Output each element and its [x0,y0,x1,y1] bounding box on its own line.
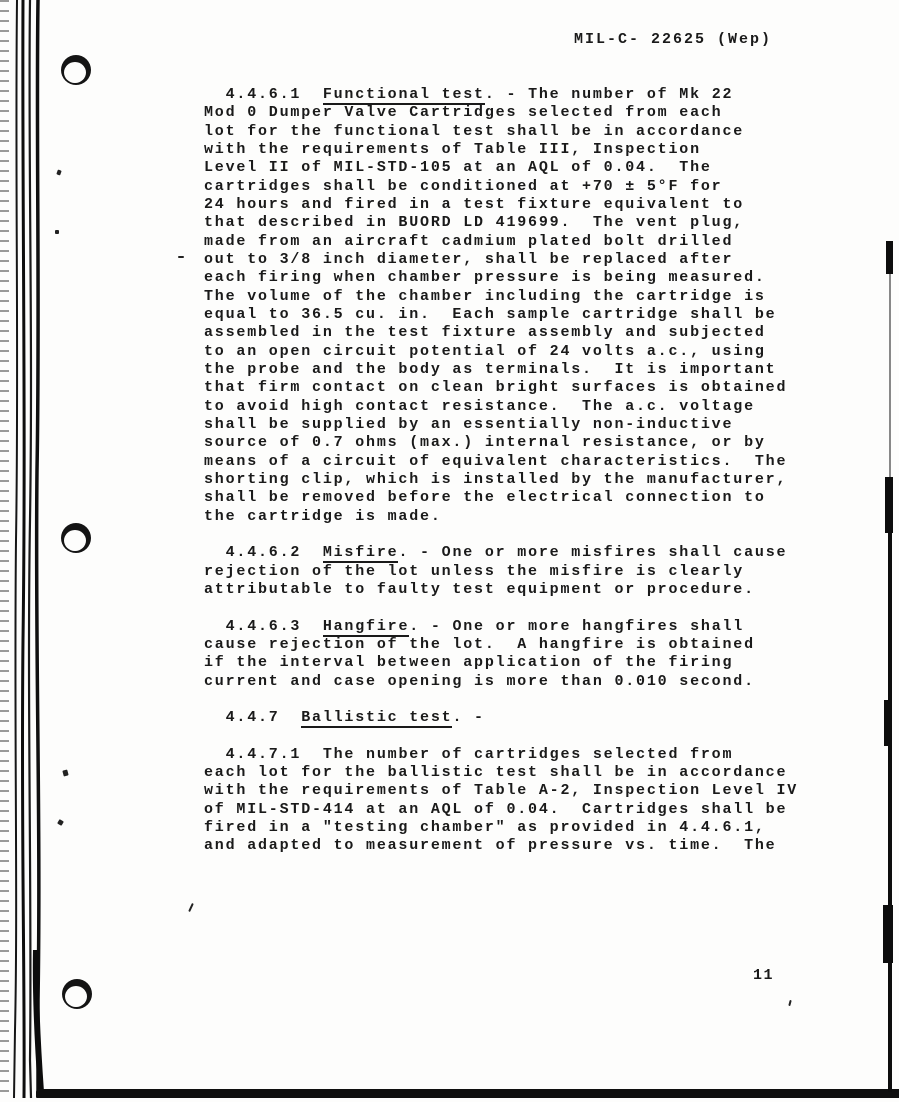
section-number: 4.4.7 [204,709,301,726]
ink-speck [178,256,184,258]
text-line: to an open circuit potential of 24 volts… [204,343,844,361]
text-line: that described in BUORD LD 419699. The v… [204,214,844,232]
text-line: attributable to faulty test equipment or… [204,581,844,599]
binder-hole [62,979,92,1009]
text-line: 4.4.7.1 The number of cartridges selecte… [204,746,844,764]
ink-speck [55,230,59,234]
text-line: current and case opening is more than 0.… [204,673,844,691]
ink-speck [56,169,61,175]
section-number: 4.4.6.1 [204,86,323,103]
text-line: and adapted to measurement of pressure v… [204,837,844,855]
paragraph-4.4.7.1: 4.4.7.1 The number of cartridges selecte… [204,746,844,856]
text-line: Mod 0 Dumper Valve Cartridges selected f… [204,104,844,122]
text-line: 24 hours and fired in a test fixture equ… [204,196,844,214]
section-text: . - [452,709,484,726]
ink-speck [62,769,68,776]
binder-hole [61,55,91,85]
text-line: 4.4.6.2 Misfire. - One or more misfires … [204,544,844,562]
text-line: the cartridge is made. [204,508,844,526]
page-number: 11 [753,967,774,984]
scan-mark [889,274,891,477]
text-line: The volume of the chamber including the … [204,288,844,306]
text-line: that firm contact on clean bright surfac… [204,379,844,397]
section-title: Misfire [323,544,399,563]
paragraph-4.4.6.2: 4.4.6.2 Misfire. - One or more misfires … [204,544,844,599]
ink-speck [188,903,194,912]
text-line: with the requirements of Table III, Insp… [204,141,844,159]
text-line: shorting clip, which is installed by the… [204,471,844,489]
text-line: with the requirements of Table A-2, Insp… [204,782,844,800]
text-line: means of a circuit of equivalent charact… [204,453,844,471]
paragraph-4.4.7: 4.4.7 Ballistic test. - [204,709,844,727]
document-body: 4.4.6.1 Functional test. - The number of… [204,86,844,856]
paragraph-4.4.6.1: 4.4.6.1 Functional test. - The number of… [204,86,844,526]
paragraph-4.4.6.3: 4.4.6.3 Hangfire. - One or more hangfire… [204,618,844,691]
section-title: Hangfire [323,618,409,637]
text-line: each lot for the ballistic test shall be… [204,764,844,782]
scan-edge-ticks [0,0,9,1096]
section-number: 4.4.6.2 [204,544,323,561]
text-line: equal to 36.5 cu. in. Each sample cartri… [204,306,844,324]
section-text: The number of cartridges selected from [323,746,733,763]
text-line: assembled in the test fixture assembly a… [204,324,844,342]
scan-mark [885,477,893,533]
section-text: . - One or more misfires shall cause [398,544,787,561]
scan-mark [883,905,893,963]
text-line: cartridges shall be conditioned at +70 ±… [204,178,844,196]
scan-mark [884,700,892,746]
ink-speck [788,1000,791,1006]
ink-speck [57,819,64,826]
section-number: 4.4.7.1 [204,746,323,763]
scan-bottom-bar [36,1089,899,1098]
section-number: 4.4.6.3 [204,618,323,635]
text-line: shall be removed before the electrical c… [204,489,844,507]
section-title: Ballistic test [301,709,452,728]
text-line: 4.4.6.1 Functional test. - The number of… [204,86,844,104]
text-line: source of 0.7 ohms (max.) internal resis… [204,434,844,452]
text-line: shall be supplied by an essentially non-… [204,416,844,434]
text-line: fired in a "testing chamber" as provided… [204,819,844,837]
section-text: . - The number of Mk 22 [485,86,733,103]
text-line: 4.4.6.3 Hangfire. - One or more hangfire… [204,618,844,636]
scan-edge-artifacts [0,0,48,1102]
text-line: Level II of MIL-STD-105 at an AQL of 0.0… [204,159,844,177]
text-line: of MIL-STD-414 at an AQL of 0.04. Cartri… [204,801,844,819]
text-line: made from an aircraft cadmium plated bol… [204,233,844,251]
text-line: each firing when chamber pressure is bei… [204,269,844,287]
text-line: the probe and the body as terminals. It … [204,361,844,379]
section-text: . - One or more hangfires shall [409,618,744,635]
text-line: out to 3/8 inch diameter, shall be repla… [204,251,844,269]
text-line: 4.4.7 Ballistic test. - [204,709,844,727]
text-line: rejection of the lot unless the misfire … [204,563,844,581]
text-line: lot for the functional test shall be in … [204,123,844,141]
scan-mark [886,241,893,274]
document-id-header: MIL-C- 22625 (Wep) [574,31,772,48]
text-line: if the interval between application of t… [204,654,844,672]
text-line: cause rejection of the lot. A hangfire i… [204,636,844,654]
scan-mark [888,533,892,1092]
scanned-document-page: MIL-C- 22625 (Wep) 4.4.6.1 Functional te… [0,0,899,1102]
binder-hole [61,523,91,553]
section-title: Functional test [323,86,485,105]
text-line: to avoid high contact resistance. The a.… [204,398,844,416]
